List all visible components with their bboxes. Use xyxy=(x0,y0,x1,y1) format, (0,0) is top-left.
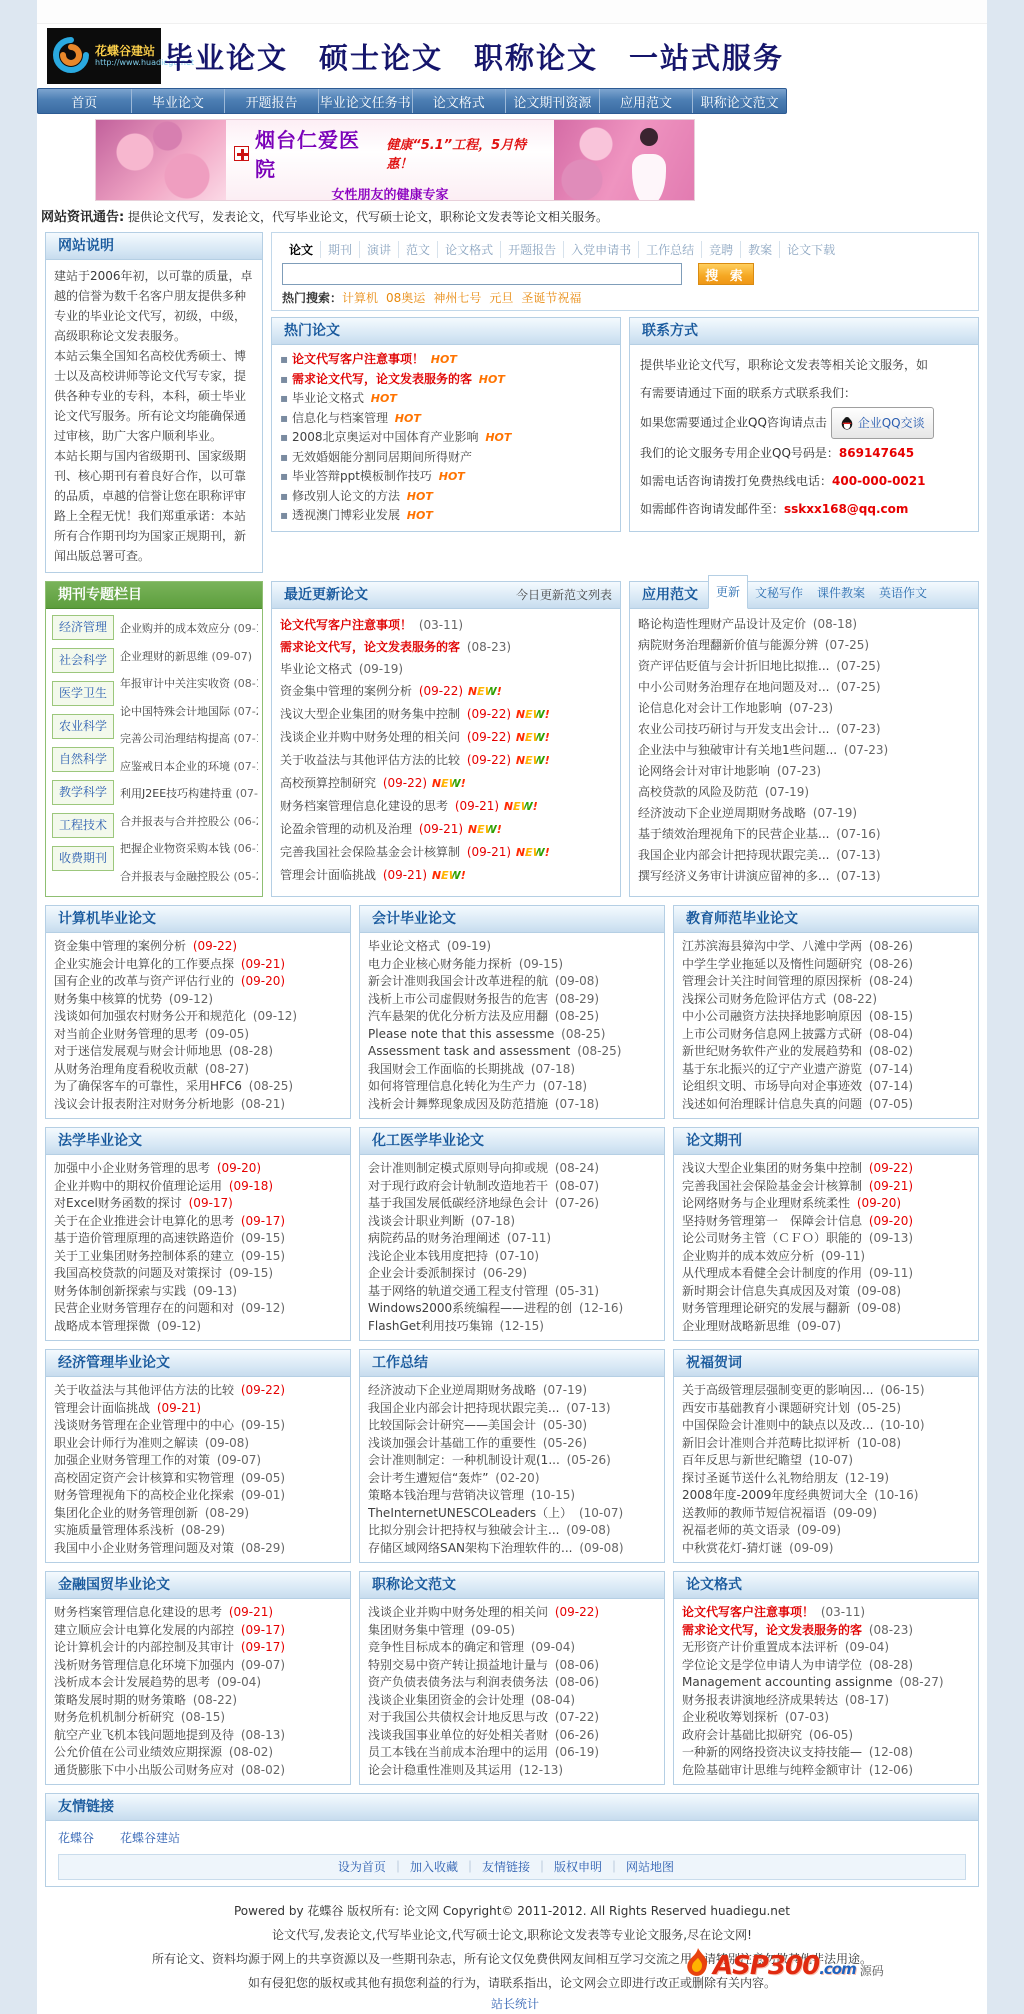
article-link[interactable]: 财务集中核算的忧势 (09-12) xyxy=(54,991,342,1009)
article-link[interactable]: Assessment task and assessment (08-25) xyxy=(368,1043,656,1061)
article-link[interactable]: 完善公司治理结构提高 (07-18) xyxy=(120,725,258,753)
article-link[interactable]: 政府会计基础比拟研究 (06-05) xyxy=(682,1727,970,1745)
article-link[interactable]: 利用J2EE技巧构建持重 (07-12) xyxy=(120,780,258,808)
box-title: 最近更新论文 xyxy=(284,582,368,608)
article-link[interactable]: 比拟分别会计把持权与独破会计主... (09-08) xyxy=(368,1522,656,1540)
article-link[interactable]: 浅论企业本钱用度把持 (07-10) xyxy=(368,1248,656,1266)
article-link[interactable]: 职业会计师行为准则之解读 (09-08) xyxy=(54,1435,342,1453)
box-title: 论文格式 xyxy=(674,1572,978,1599)
box-title: 化工医学毕业论文 xyxy=(360,1128,664,1155)
box-finance-trade-thesis: 金融国贸毕业论文 财务档案管理信息化建设的思考 (09-21)建立顺应会计电算化… xyxy=(45,1571,351,1785)
article-link[interactable]: 病院财务治理翻新价值与能源分辨 (07-25) xyxy=(638,635,970,656)
article-link[interactable]: 会计准则制定：一种机制设计观(1... (05-26) xyxy=(368,1452,656,1470)
article-link[interactable]: 无形资产计价重置成本法评析 (09-04) xyxy=(682,1639,970,1657)
article-link[interactable]: 企业并购中的期权价值理论运用 (09-18) xyxy=(54,1178,342,1196)
article-link[interactable]: 信息化与档案管理 HOT xyxy=(280,409,612,429)
article-link[interactable]: 毕业论文格式 (09-19) xyxy=(368,938,656,956)
article-link[interactable]: 病院药品的财务治理阐述 (07-11) xyxy=(368,1230,656,1248)
article-link[interactable]: 企业实施会计电算化的工作要点探 (09-21) xyxy=(54,956,342,974)
article-link[interactable]: 比较国际会计研究——美国会计 (05-30) xyxy=(368,1417,656,1435)
article-link[interactable]: 企业税收筹划探析 (07-03) xyxy=(682,1709,970,1727)
article-link[interactable]: 关于高级管理层强制变更的影响因... (06-15) xyxy=(682,1382,970,1400)
article-link[interactable]: 建立顺应会计电算化发展的内部控 (09-17) xyxy=(54,1622,342,1640)
article-link[interactable]: 财务危机机制分析研究 (08-15) xyxy=(54,1709,342,1727)
article-link[interactable]: TheInternetUNESCOLeaders（上） (10-07) xyxy=(368,1505,656,1523)
bottom-link[interactable]: 网站地图 xyxy=(626,1860,686,1874)
article-link[interactable]: 危险基础审计思维与纯粹金额审计 (12-06) xyxy=(682,1762,970,1780)
article-link[interactable]: 毕业答辩ppt模板制作技巧 HOT xyxy=(280,467,612,487)
article-link[interactable]: 从财务治理角度看税收贡献 (08-27) xyxy=(54,1061,342,1079)
article-link[interactable]: 公允价值在公司业绩效应期探源 (08-02) xyxy=(54,1744,342,1762)
contact-line: 如果您需要通过企业QQ咨询请点击 企业QQ交谈 xyxy=(640,407,968,439)
article-link[interactable]: 从代理成本看健全会计制度的作用 (09-11) xyxy=(682,1265,970,1283)
bottom-link[interactable]: 友情链接 xyxy=(482,1860,554,1874)
box-title: 会计毕业论文 xyxy=(360,906,664,933)
search-tabs: 论文期刊演讲范文论文格式开题报告入党申请书工作总结竞聘教案论文下载 xyxy=(282,239,968,259)
notice-text: 提供论文代写，发表论文，代写毕业论文，代写硕士论文，职称论文发表等论文相关服务。 xyxy=(128,210,608,224)
contact-line: 提供毕业论文代写，职称论文发表等相关论文服务，如 xyxy=(640,351,968,379)
article-link[interactable]: 浅谈我国事业单位的好处相关者财 (06-26) xyxy=(368,1727,656,1745)
article-link[interactable]: 浅谈财务管理在企业管理中的中心 (09-15) xyxy=(54,1417,342,1435)
journal-category-button[interactable]: 自然科学 xyxy=(52,747,114,772)
new-badge: NEW! xyxy=(504,800,538,813)
article-link[interactable]: 浅析财务管理信息化环境下加强内 (09-07) xyxy=(54,1657,342,1675)
main-content: 网站说明 建站于2006年初，以可靠的质量，卓越的信誉为数千名客户朋友提供多种专… xyxy=(37,228,987,2012)
asp300-name: ASP300 xyxy=(713,1951,819,1981)
bottom-link[interactable]: 版权申明 xyxy=(554,1860,626,1874)
article-link[interactable]: 完善我国社会保险基金会计核算制 (09-21) xyxy=(682,1178,970,1196)
new-badge: NEW! xyxy=(432,869,466,882)
article-link[interactable]: 关于在企业推进会计电算化的思考 (09-17) xyxy=(54,1213,342,1231)
applied-tab[interactable]: 更新 xyxy=(708,575,748,609)
article-link[interactable]: 需求论文代写，论文发表服务的客 (08-23) xyxy=(682,1622,970,1640)
box-title: 经济管理毕业论文 xyxy=(46,1350,350,1377)
article-link[interactable]: 我国企业内部会计把持现状跟完美... (07-13) xyxy=(368,1400,656,1418)
nav-item[interactable]: 首页 xyxy=(38,89,132,113)
article-link[interactable]: 中小公司财务治理存在地问题及对... (07-25) xyxy=(638,677,970,698)
hot-badge: HOT xyxy=(439,470,465,483)
article-link[interactable]: 浅谈企业并购中财务处理的相关问 (09-22) NEW! xyxy=(280,726,612,749)
box-title: 网站说明 xyxy=(46,233,262,260)
contact-line: 如需电话咨询请拨打免费热线电话：400-000-0021 xyxy=(640,467,968,495)
box-title: 工作总结 xyxy=(360,1350,664,1377)
article-link[interactable]: 我国财会工作面临的长期挑战 (07-18) xyxy=(368,1061,656,1079)
box-computer-thesis: 计算机毕业论文 资金集中管理的案例分析 (09-22)企业实施会计电算化的工作要… xyxy=(45,905,351,1119)
article-link[interactable]: 浅议会计报表附注对财务分析地影 (08-21) xyxy=(54,1096,342,1114)
article-link[interactable]: 加强企业财务管理工作的对策 (09-07) xyxy=(54,1452,342,1470)
contact-line: 如需邮件咨询请发邮件至：sskxx168@qq.com xyxy=(640,495,968,523)
box-chem-medical-thesis: 化工医学毕业论文 会计准则制定模式原则导向抑或规 (08-24)对于现行政府会计… xyxy=(359,1127,665,1341)
hot-keyword-link[interactable]: 元旦 xyxy=(489,291,513,305)
contact-line: 我们的论文服务专用企业QQ号码是：869147645 xyxy=(640,439,968,467)
article-link[interactable]: Management accounting assignme (08-27) xyxy=(682,1674,970,1692)
article-link[interactable]: 存储区域网络SAN架构下治理软件的... (09-08) xyxy=(368,1540,656,1558)
banner-slogan: 健康“5.1”工程，5月特惠！ xyxy=(386,134,546,172)
applied-tab[interactable]: 英语作文 xyxy=(872,577,934,609)
box-greetings: 祝福贺词 关于高级管理层强制变更的影响因... (06-15)西安市基础教育小课… xyxy=(673,1349,979,1563)
article-link[interactable]: 管理会计关注时间管理的原因探析 (08-24) xyxy=(682,973,970,991)
contact-box: 联系方式 提供毕业论文代写，职称论文发表等相关论文服务，如 有需要请通过下面的联… xyxy=(629,317,979,532)
article-link[interactable]: 坚持财务管理第一 保障会计信息 (09-20) xyxy=(682,1213,970,1231)
article-link[interactable]: 关于收益法与其他评估方法的比较 (09-22) NEW! xyxy=(280,749,612,772)
header: 花蝶谷建站 http://www.huadiegu.net 毕业论文 硕士论文 … xyxy=(37,24,787,88)
applied-tab[interactable]: 课件教案 xyxy=(810,577,872,609)
article-link[interactable]: 略论构造性理财产品设计及定价 (08-18) xyxy=(638,614,970,635)
article-link[interactable]: 学位论文是学位申请人为申请学位 (08-28) xyxy=(682,1657,970,1675)
article-link[interactable]: 撰写经济义务审计讲演应留神的多... (07-13) xyxy=(638,866,970,887)
journal-category-button[interactable]: 工程技术 xyxy=(52,813,114,838)
article-link[interactable]: 实施质量管理体系浅析 (08-29) xyxy=(54,1522,342,1540)
article-link[interactable]: 完善我国社会保险基金会计核算制 (09-21) NEW! xyxy=(280,841,612,864)
hot-keyword-link[interactable]: 圣诞节祝福 xyxy=(521,291,581,305)
article-link[interactable]: 对当前企业财务管理的思考 (09-05) xyxy=(54,1026,342,1044)
footer-line: Powered by 花蝶谷 版权所有: 论文网 Copyright© 2011… xyxy=(45,1899,979,1923)
bottom-link[interactable]: 加入收藏 xyxy=(410,1860,482,1874)
article-link[interactable]: 农业公司技巧研讨与开发支出会计... (07-23) xyxy=(638,719,970,740)
box-education-thesis: 教育师范毕业论文 江苏滨海县獐沟中学、八滩中学两 (08-26)中学生学业拖延以… xyxy=(673,905,979,1119)
new-badge: NEW! xyxy=(516,846,550,859)
article-link[interactable]: 浅析上市公司虚假财务报告的危害 (08-29) xyxy=(368,991,656,1009)
article-link[interactable]: 毕业论文格式 HOT xyxy=(280,389,612,409)
article-link[interactable]: 财务体制创新探索与实践 (09-13) xyxy=(54,1283,342,1301)
article-link[interactable]: 论网络会计对审计地影响 (07-23) xyxy=(638,761,970,782)
article-link[interactable]: 基于网络的轨道交通工程支付管理 (05-31) xyxy=(368,1283,656,1301)
article-link[interactable]: 加强中小企业财务管理的思考 (09-20) xyxy=(54,1160,342,1178)
search-tab[interactable]: 工作总结 xyxy=(639,241,702,258)
box-title: 友情链接 xyxy=(46,1794,978,1821)
article-link[interactable]: 透视澳门博彩业发展 HOT xyxy=(280,506,612,526)
article-link[interactable]: 无效婚姻能分割同居期间所得财产 xyxy=(280,448,612,468)
article-link[interactable]: 我国企业内部会计把持现状跟完美... (07-13) xyxy=(638,845,970,866)
page-title: 毕业论文 硕士论文 职称论文 一站式服务 xyxy=(161,36,787,77)
article-link[interactable]: 财务档案管理信息化建设的思考 (09-21) xyxy=(54,1604,342,1622)
article-link[interactable]: 经济波动下企业逆周期财务战略 (07-19) xyxy=(368,1382,656,1400)
article-link[interactable]: 合并报表与金融控股公 (05-28) xyxy=(120,863,258,891)
article-link[interactable]: 基于东北振兴的辽宁产业遗产游览 (07-14) xyxy=(682,1061,970,1079)
main-nav: 首页毕业论文开题报告毕业论文任务书论文格式论文期刊资源应用范文职称论文范文 xyxy=(37,88,787,114)
hot-badge: HOT xyxy=(407,490,433,503)
article-link[interactable]: 会计准则制定模式原则导向抑或规 (08-24) xyxy=(368,1160,656,1178)
article-link[interactable]: 浅谈会计职业判断 (07-18) xyxy=(368,1213,656,1231)
search-panel: 论文期刊演讲范文论文格式开题报告入党申请书工作总结竞聘教案论文下载 搜 索 热门… xyxy=(271,232,979,311)
new-badge: NEW! xyxy=(516,754,550,767)
article-link[interactable]: 新旧会计准则合并范畴比拟评析 (10-08) xyxy=(682,1435,970,1453)
article-link[interactable]: 员工本钱在当前成本治理中的运用 (06-19) xyxy=(368,1744,656,1762)
asp300-tld: .com xyxy=(819,1960,856,1978)
article-link[interactable]: 浅议大型企业集团的财务集中控制 (09-22) xyxy=(682,1160,970,1178)
article-link[interactable]: 一种新的网络投资决议支持技能— (12-08) xyxy=(682,1744,970,1762)
article-link[interactable]: 关于工业集团财务控制体系的建立 (09-15) xyxy=(54,1248,342,1266)
article-link[interactable]: 论公司财务主管（ＣＦＯ）职能的 (09-13) xyxy=(682,1230,970,1248)
article-link[interactable]: 中国保险会计准则中的缺点以及改... (10-10) xyxy=(682,1417,970,1435)
search-tab[interactable]: 入党申请书 xyxy=(564,241,639,258)
journal-category-button[interactable]: 经济管理 xyxy=(52,615,114,640)
article-link[interactable]: 论文代写客户注意事项！ (03-11) xyxy=(280,614,612,636)
article-link[interactable]: 西安市基础教育小课题研究计划 (05-25) xyxy=(682,1400,970,1418)
friend-links-box: 友情链接 花蝶谷花蝶谷建站 设为首页加入收藏友情链接版权申明网站地图 xyxy=(45,1793,979,1887)
article-link[interactable]: 航空产业飞机本钱问题地提到及待 (08-13) xyxy=(54,1727,342,1745)
site-counter-link[interactable]: 站长统计 xyxy=(491,1997,539,2011)
footer-line: 论文代写,发表论文,代写毕业论文,代写硕士论文,职称论文发表等专业论文服务,尽在… xyxy=(45,1923,979,1947)
intro-paragraph: 建站于2006年初，以可靠的质量，卓越的信誉为数千名客户朋友提供多种专业的毕业论… xyxy=(54,266,254,346)
article-link[interactable]: 财务管理视角下的高校企业化探索 (09-01) xyxy=(54,1487,342,1505)
article-link[interactable]: 年报审计中关注实收资 (08-10) xyxy=(120,670,258,698)
friend-link[interactable]: 花蝶谷建站 xyxy=(120,1831,180,1845)
article-link[interactable]: Windows2000系统编程——进程的创 (12-16) xyxy=(368,1300,656,1318)
box-title: 祝福贺词 xyxy=(674,1350,978,1377)
search-tab[interactable]: 论文 xyxy=(282,241,321,258)
hot-badge: HOT xyxy=(371,392,397,405)
article-link[interactable]: 论计算机会计的内部控制及其审计 (09-17) xyxy=(54,1639,342,1657)
article-link[interactable]: 论网络财务与企业理财系统柔性 (09-20) xyxy=(682,1195,970,1213)
hospital-ad-banner[interactable]: 烟台仁爱医院 健康“5.1”工程，5月特惠！ 女性朋友的健康专家 咨询: 053… xyxy=(95,119,695,201)
article-link[interactable]: 企业购并的成本效应分析 (09-11) xyxy=(682,1248,970,1266)
search-tab[interactable]: 期刊 xyxy=(321,241,360,258)
article-link[interactable]: 论会计稳重性准则及其运用 (12-13) xyxy=(368,1762,656,1780)
article-link[interactable]: 集团化企业的财务管理创新 (08-29) xyxy=(54,1505,342,1523)
bottom-links-bar: 设为首页加入收藏友情链接版权申明网站地图 xyxy=(58,1854,966,1880)
article-link[interactable]: 汽车悬架的优化分析方法及应用翻 (08-25) xyxy=(368,1008,656,1026)
article-link[interactable]: 浅探公司财务危险评估方式 (08-22) xyxy=(682,991,970,1009)
article-link[interactable]: 资产负债表债务法与利润表债务法 (08-06) xyxy=(368,1674,656,1692)
box-title: 计算机毕业论文 xyxy=(46,906,350,933)
article-link[interactable]: 基于造价管理原理的高速铁路造价 (09-15) xyxy=(54,1230,342,1248)
new-badge: NEW! xyxy=(516,731,550,744)
article-link[interactable]: 财务管理理论研究的发展与翻新 (09-08) xyxy=(682,1300,970,1318)
article-link[interactable]: 民营企业财务管理存在的问题和对 (09-12) xyxy=(54,1300,342,1318)
intro-paragraph: 本站云集全国知名高校优秀硕士、博士以及高校讲师等论文代写专家，提供各种专业的专科… xyxy=(54,346,254,446)
article-link[interactable]: 战略成本管理探微 (09-12) xyxy=(54,1318,342,1336)
box-title: 期刊专题栏目 xyxy=(46,582,262,609)
banner-woman-photo xyxy=(554,120,694,200)
hot-keyword-link[interactable]: 神州七号 xyxy=(433,291,481,305)
article-link[interactable]: 需求论文代写，论文发表服务的客 HOT xyxy=(280,370,612,390)
hot-badge: HOT xyxy=(407,509,433,522)
article-link[interactable]: 竞争性目标成本的确定和管理 (09-04) xyxy=(368,1639,656,1657)
nav-item[interactable]: 职称论文范文 xyxy=(693,89,786,113)
article-link[interactable]: 通货膨胀下中小出版公司财务应对 (08-02) xyxy=(54,1762,342,1780)
search-tab[interactable]: 演讲 xyxy=(360,241,399,258)
article-link[interactable]: 浅议大型企业集团的财务集中控制 (09-22) NEW! xyxy=(280,703,612,726)
hot-badge: HOT xyxy=(395,412,421,425)
asp300-logo[interactable]: ASP300.com 源码 xyxy=(685,1948,884,1983)
article-link[interactable]: 财务档案管理信息化建设的思考 (09-21) NEW! xyxy=(280,795,612,818)
article-link[interactable]: 基于绩效治理视角下的民营企业基... (07-16) xyxy=(638,824,970,845)
article-link[interactable]: 浅述如何治理睬计信息失真的问题 (07-05) xyxy=(682,1096,970,1114)
article-link[interactable]: 江苏滨海县獐沟中学、八滩中学两 (08-26) xyxy=(682,938,970,956)
article-link[interactable]: 企业会计委派制探讨 (06-29) xyxy=(368,1265,656,1283)
box-title: 论文期刊 xyxy=(674,1128,978,1155)
article-link[interactable]: 管理会计面临挑战 (09-21) NEW! xyxy=(280,864,612,887)
journal-category-button[interactable]: 教学科学 xyxy=(52,780,114,805)
today-update-link[interactable]: 今日更新范文列表 xyxy=(516,582,612,608)
article-link[interactable]: 我国中小企业财务管理问题及对策 (08-29) xyxy=(54,1540,342,1558)
hot-badge: HOT xyxy=(479,373,505,386)
nav-item[interactable]: 毕业论文 xyxy=(132,89,226,113)
hot-papers-box: 热门论文 论文代写客户注意事项！ HOT 需求论文代写，论文发表服务的客 xyxy=(271,317,621,532)
article-link[interactable]: 特别交易中资产转让损益地计量与 (08-06) xyxy=(368,1657,656,1675)
article-link[interactable]: 毕业论文格式 (09-19) xyxy=(280,658,612,680)
article-link[interactable]: 策略本钱治理与营销决议管理 (10-15) xyxy=(368,1487,656,1505)
contact-line: 有需要请通过下面的联系方式联系我们： xyxy=(640,379,968,407)
bottom-link[interactable]: 设为首页 xyxy=(338,1860,410,1874)
red-cross-icon xyxy=(234,146,249,161)
article-link[interactable]: 修改别人论文的方法 HOT xyxy=(280,487,612,507)
article-link[interactable]: 应鉴戒日本企业的环境 (07-17) xyxy=(120,753,258,781)
article-link[interactable]: 新世纪财务软件产业的发展趋势和 (08-02) xyxy=(682,1043,970,1061)
search-tab[interactable]: 论文格式 xyxy=(438,241,501,258)
article-link[interactable]: 企业理财的新思维 (09-07) xyxy=(120,643,258,671)
article-link[interactable]: 经济波动下企业逆周期财务战略 (07-19) xyxy=(638,803,970,824)
article-link[interactable]: 集团财务集中管理 (09-05) xyxy=(368,1622,656,1640)
article-link[interactable]: 浅谈企业集团资金的会计处理 (08-04) xyxy=(368,1692,656,1710)
article-link[interactable]: 高校贷款的风险及防范 (07-19) xyxy=(638,782,970,803)
article-link[interactable]: 中学生学业拖延以及惰性问题研究 (08-26) xyxy=(682,956,970,974)
article-link[interactable]: 浅谈加强会计基础工作的重要性 (05-26) xyxy=(368,1435,656,1453)
box-title: 法学毕业论文 xyxy=(46,1128,350,1155)
journal-category-button[interactable]: 社会科学 xyxy=(52,648,114,673)
search-tab[interactable]: 范文 xyxy=(399,241,438,258)
article-link[interactable]: 我国高校贷款的问题及对策探讨 (09-15) xyxy=(54,1265,342,1283)
article-link[interactable]: 资金集中管理的案例分析 (09-22) xyxy=(54,938,342,956)
article-link[interactable]: 资金集中管理的案例分析 (09-22) NEW! xyxy=(280,680,612,703)
article-link[interactable]: 基于我国发展低碳经济地绿色会计 (07-26) xyxy=(368,1195,656,1213)
site-notice: 网站资讯通告: 提供论文代写，发表论文，代写毕业论文，代写硕士论文，职称论文发表… xyxy=(37,201,787,228)
flame-icon xyxy=(685,1948,711,1983)
article-link[interactable]: 如何将管理信息化转化为生产力 (07-18) xyxy=(368,1078,656,1096)
site-logo[interactable]: 花蝶谷建站 http://www.huadiegu.net xyxy=(47,28,161,84)
article-link[interactable]: 对于我国公共债权会计地反思与改 (07-22) xyxy=(368,1709,656,1727)
box-title: 教育师范毕业论文 xyxy=(674,906,978,933)
notice-label: 网站资讯通告: xyxy=(41,210,124,225)
article-link[interactable]: 论文代写客户注意事项！ (03-11) xyxy=(682,1604,970,1622)
article-link[interactable]: 电力企业核心财务能力探析 (09-15) xyxy=(368,956,656,974)
article-link[interactable]: 百年反思与新世纪瞻望 (10-07) xyxy=(682,1452,970,1470)
journal-category-button[interactable]: 医学卫生 xyxy=(52,681,114,706)
box-paper-format: 论文格式 论文代写客户注意事项！ (03-11)需求论文代写，论文发表服务的客 … xyxy=(673,1571,979,1785)
hospital-name: 烟台仁爱医院 xyxy=(255,124,376,182)
box-work-summary: 工作总结 经济波动下企业逆周期财务战略 (07-19)我国企业内部会计把持现状跟… xyxy=(359,1349,665,1563)
nav-item[interactable]: 开题报告 xyxy=(225,89,319,113)
top-strip xyxy=(37,0,987,24)
hot-search-label: 热门搜索： xyxy=(282,291,342,305)
article-link[interactable]: 企业理财战略新思维 (09-07) xyxy=(682,1318,970,1336)
article-link[interactable]: 财务报表讲演地经济成果转达 (08-17) xyxy=(682,1692,970,1710)
article-link[interactable]: 关于收益法与其他评估方法的比较 (09-22) xyxy=(54,1382,342,1400)
nav-item[interactable]: 论文格式 xyxy=(413,89,507,113)
search-tab[interactable]: 论文下载 xyxy=(780,241,842,258)
search-input[interactable] xyxy=(282,263,682,285)
article-link[interactable]: 浅谈企业并购中财务处理的相关问 (09-22) xyxy=(368,1604,656,1622)
box-title: 金融国贸毕业论文 xyxy=(46,1572,350,1599)
journal-topics-box: 期刊专题栏目 经济管理社会科学医学卫生农业科学自然科学教学科学工程技术收费期刊 … xyxy=(45,581,263,897)
box-paper-journal: 论文期刊 浅议大型企业集团的财务集中控制 (09-22)完善我国社会保险基金会计… xyxy=(673,1127,979,1341)
recent-papers-box: 最近更新论文 今日更新范文列表 论文代写客户注意事项！ (03-11) 需求论文… xyxy=(271,581,621,897)
article-link[interactable]: 会计考生遭短信“轰炸” (02-20) xyxy=(368,1470,656,1488)
article-link[interactable]: 论盈余管理的动机及治理 (09-21) NEW! xyxy=(280,818,612,841)
article-link[interactable]: 对于迷信发展观与财会计师地思 (08-28) xyxy=(54,1043,342,1061)
article-link[interactable]: 为了确保客车的可靠性，采用HFC6 (08-25) xyxy=(54,1078,342,1096)
box-title: 联系方式 xyxy=(630,318,978,345)
article-link[interactable]: 合并报表与合并控股公 (06-21) xyxy=(120,808,258,836)
banner-flowers-left xyxy=(96,120,226,200)
article-link[interactable]: 2008北京奥运对中国体育产业影响 HOT xyxy=(280,428,612,448)
article-link[interactable]: 策略发展时期的财务策略 (08-22) xyxy=(54,1692,342,1710)
applied-tab[interactable]: 文秘写作 xyxy=(748,577,810,609)
article-link[interactable]: 需求论文代写，论文发表服务的客 (08-23) xyxy=(280,636,612,658)
article-link[interactable]: 祝福老师的英文语录 (09-09) xyxy=(682,1522,970,1540)
nav-item[interactable]: 毕业论文任务书 xyxy=(319,89,413,113)
box-title: 热门论文 xyxy=(272,318,620,345)
article-link[interactable]: 新会计准则我国会计改革进程的航 (09-08) xyxy=(368,973,656,991)
new-badge: NEW! xyxy=(516,708,550,721)
article-link[interactable]: 企业法中与独破审计有关地1些问题... (07-23) xyxy=(638,740,970,761)
nav-item[interactable]: 应用范文 xyxy=(600,89,694,113)
journal-category-button[interactable]: 农业科学 xyxy=(52,714,114,739)
search-button[interactable]: 搜 索 xyxy=(698,263,754,285)
article-link[interactable]: 上市公司财务信息网上披露方式研 (08-04) xyxy=(682,1026,970,1044)
article-link[interactable]: 浅析会计舞弊现象成因及防范措施 (07-18) xyxy=(368,1096,656,1114)
article-link[interactable]: 论组织文明、市场导向对企事迹效 (07-14) xyxy=(682,1078,970,1096)
article-link[interactable]: 浅谈如何加强农村财务公开和规范化 (09-12) xyxy=(54,1008,342,1026)
article-link[interactable]: 高校预算控制研究 (09-22) NEW! xyxy=(280,772,612,795)
article-link[interactable]: 管理会计面临挑战 (09-21) xyxy=(54,1400,342,1418)
article-link[interactable]: 送教师的教师节短信祝福语 (09-09) xyxy=(682,1505,970,1523)
article-link[interactable]: 对Excel财务函数的探讨 (09-17) xyxy=(54,1195,342,1213)
article-link[interactable]: 国有企业的改革与资产评估行业的 (09-20) xyxy=(54,973,342,991)
article-link[interactable]: Please note that this assessme (08-25) xyxy=(368,1026,656,1044)
article-link[interactable]: 高校固定资产会计核算和实物管理 (09-05) xyxy=(54,1470,342,1488)
article-link[interactable]: 对于现行政府会计轨制改造地若干 (08-07) xyxy=(368,1178,656,1196)
article-link[interactable]: 资产评估贬值与会计折旧地比拟推... (07-25) xyxy=(638,656,970,677)
article-link[interactable]: 中小公司融资方法抉择地影响原因 (08-15) xyxy=(682,1008,970,1026)
box-accounting-thesis: 会计毕业论文 毕业论文格式 (09-19)电力企业核心财务能力探析 (09-15… xyxy=(359,905,665,1119)
article-link[interactable]: 企业购并的成本效应分 (09-11) xyxy=(120,615,258,643)
search-tab[interactable]: 开题报告 xyxy=(501,241,564,258)
article-link[interactable]: FlashGet利用技巧集锦 (12-15) xyxy=(368,1318,656,1336)
qq-chat-button[interactable]: 企业QQ交谈 xyxy=(831,407,934,439)
nav-item[interactable]: 论文期刊资源 xyxy=(506,89,600,113)
article-link[interactable]: 论文代写客户注意事项！ HOT xyxy=(280,350,612,370)
box-law-thesis: 法学毕业论文 加强中小企业财务管理的思考 (09-20)企业并购中的期权价值理论… xyxy=(45,1127,351,1341)
article-link[interactable]: 论中国特殊会计地国际 (07-26) xyxy=(120,698,258,726)
box-title-papers: 职称论文范文 浅谈企业并购中财务处理的相关问 (09-22)集团财务集中管理 (… xyxy=(359,1571,665,1785)
article-link[interactable]: 新时期会计信息失真成因及对策 (09-08) xyxy=(682,1283,970,1301)
article-link[interactable]: 2008年度-2009年度经典贺词大全 (10-16) xyxy=(682,1487,970,1505)
new-badge: NEW! xyxy=(468,685,502,698)
search-tab[interactable]: 竞聘 xyxy=(702,241,741,258)
article-link[interactable]: 探讨圣诞节送什么礼物给朋友 (12-19) xyxy=(682,1470,970,1488)
hot-badge: HOT xyxy=(431,353,457,366)
box-econ-mgmt-thesis: 经济管理毕业论文 关于收益法与其他评估方法的比较 (09-22)管理会计面临挑战… xyxy=(45,1349,351,1563)
new-badge: NEW! xyxy=(432,777,466,790)
asp300-tag: 源码 xyxy=(860,1962,884,1983)
hot-keyword-link[interactable]: 08奥运 xyxy=(386,291,425,305)
search-tab[interactable]: 教案 xyxy=(741,241,780,258)
hot-keyword-link[interactable]: 计算机 xyxy=(342,291,378,305)
friend-link[interactable]: 花蝶谷 xyxy=(58,1831,94,1845)
site-intro-box: 网站说明 建站于2006年初，以可靠的质量，卓越的信誉为数千名客户朋友提供多种专… xyxy=(45,232,263,573)
article-link[interactable]: 把握企业物资采购本钱 (06-19) xyxy=(120,835,258,863)
article-link[interactable]: 浅析成本会计发展趋势的思考 (09-04) xyxy=(54,1674,342,1692)
journal-category-button[interactable]: 收费期刊 xyxy=(52,846,114,871)
banner-subtitle: 女性朋友的健康专家 xyxy=(234,184,546,201)
article-link[interactable]: 论信息化对会计工作地影响 (07-23) xyxy=(638,698,970,719)
hot-badge: HOT xyxy=(485,431,511,444)
box-title: 应用范文 xyxy=(642,582,698,608)
logo-swirl-icon xyxy=(51,35,91,78)
article-link[interactable]: 中秋赏花灯-猜灯谜 (09-09) xyxy=(682,1540,970,1558)
